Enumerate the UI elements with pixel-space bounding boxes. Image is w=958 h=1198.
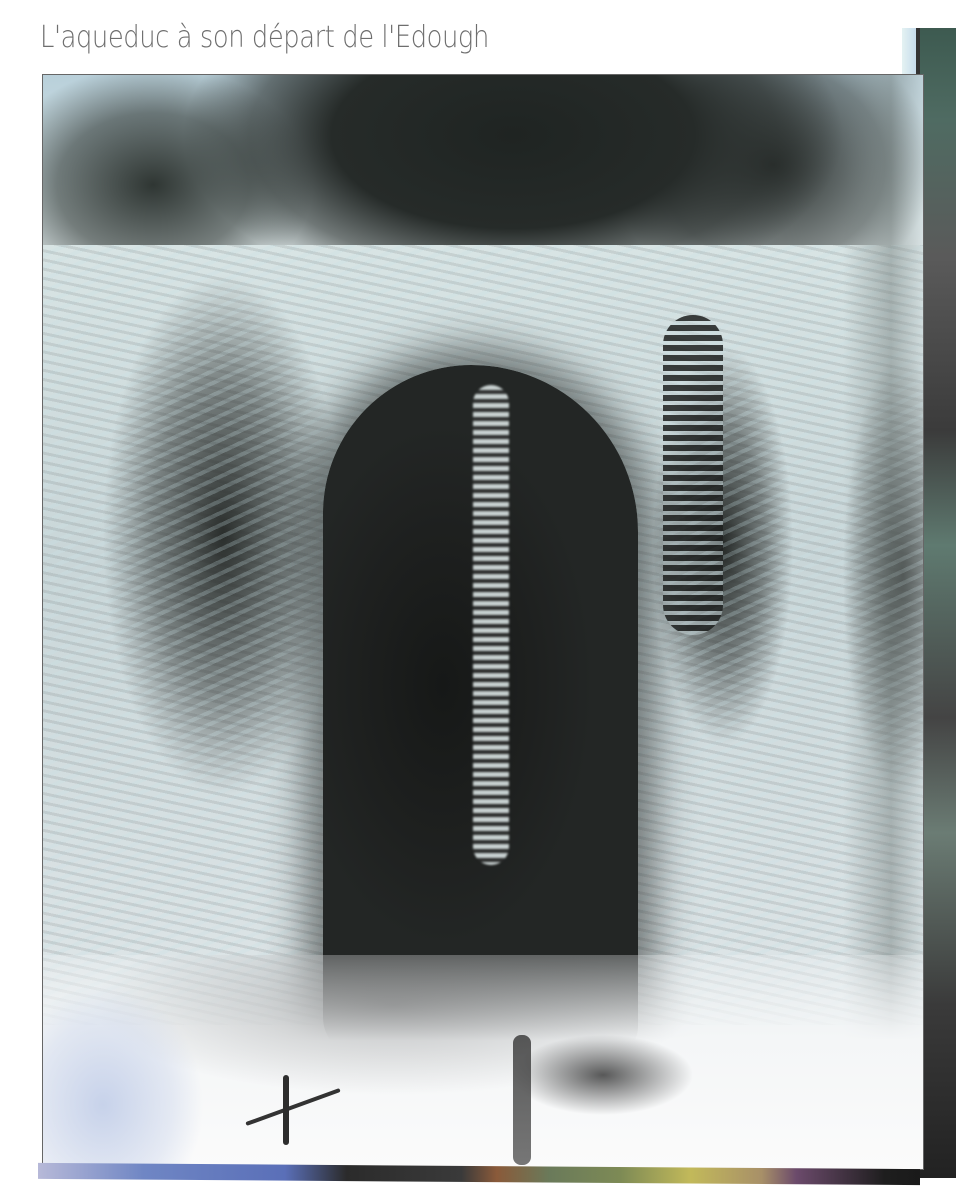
rock-crack [283, 1075, 289, 1145]
rocky-ground [43, 955, 923, 1169]
hanging-ivy-vine [473, 385, 509, 865]
rock-crack [513, 1035, 531, 1165]
aqueduct-photograph [42, 74, 924, 1170]
photo-caption: L'aqueduc à son départ de l'Edough [40, 20, 489, 55]
right-hanging-ivy [663, 315, 723, 635]
